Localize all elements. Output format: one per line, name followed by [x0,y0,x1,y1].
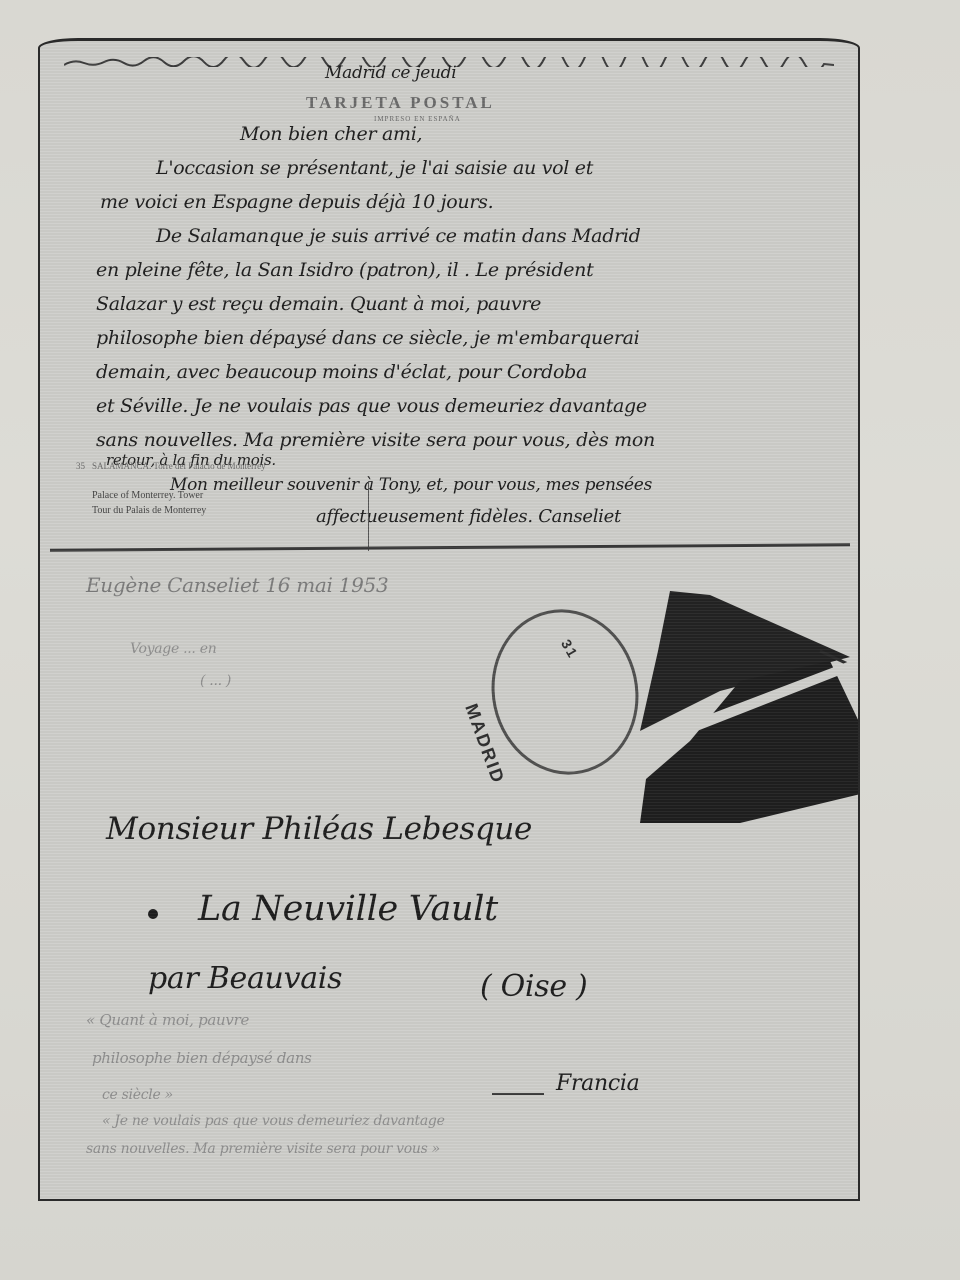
card-divider [368,481,369,551]
recipient-department: ( Oise ) [480,969,587,1004]
torn-stamp-icon [600,591,860,831]
letter-line: et Séville. Je ne voulais pas que vous d… [96,395,647,417]
caption-line-1: SALAMANCA. Torre del Palacio de Monterre… [92,461,266,471]
bullet-dot [148,909,158,919]
caption-number: 35 [76,461,85,471]
letter-line: De Salamanque je suis arrivé ce matin da… [156,225,641,247]
faint-pencil-note: ( ... ) [200,673,231,689]
quoted-note: sans nouvelles. Ma première visite sera … [86,1141,440,1157]
message-side: Madrid ce jeudi TARJETA POSTAL IMPRESO E… [40,41,858,546]
caption-line-2: Palace of Monterrey. Tower [92,490,203,501]
letter-line: me voici en Espagne depuis déjà 10 jours… [100,191,493,213]
recipient-via: par Beauvais [148,961,342,996]
recipient-country: Francia [556,1071,639,1096]
country-dash [492,1093,544,1095]
letter-line: Salazar y est reçu demain. Quant à moi, … [96,293,541,315]
letter-line: Mon meilleur souvenir à Tony, et, pour v… [170,475,652,495]
recipient-town: La Neuville Vault [198,889,498,929]
closing-signature: affectueusement fidèles. Canseliet [316,506,621,527]
caption-line-3: Tour du Palais de Monterrey [92,505,206,516]
faint-pencil-note: Voyage ... en [130,641,216,657]
letter-line: sans nouvelles. Ma première visite sera … [96,429,655,451]
quoted-note: « Je ne voulais pas que vous demeuriez d… [102,1113,445,1129]
printed-subheader: IMPRESO EN ESPAÑA [374,115,461,123]
quoted-note: ce siècle » [102,1087,173,1103]
letter-line: L'occasion se présentant, je l'ai saisie… [156,157,593,179]
date-annotation: Eugène Canseliet 16 mai 1953 [86,573,388,597]
letter-line: philosophe bien dépaysé dans ce siècle, … [96,327,639,349]
postcard: Madrid ce jeudi TARJETA POSTAL IMPRESO E… [38,38,860,1201]
letter-line: demain, avec beaucoup moins d'éclat, pou… [96,361,587,383]
letter-line: en pleine fête, la San Isidro (patron), … [96,259,593,281]
printed-header: TARJETA POSTAL [306,93,495,113]
recipient-name: Monsieur Philéas Lebesque [106,811,532,847]
quoted-note: philosophe bien dépaysé dans [92,1049,312,1067]
salutation: Mon bien cher ami, [240,123,422,145]
quoted-note: « Quant à moi, pauvre [86,1011,249,1029]
dateline: Madrid ce jeudi [325,63,456,83]
